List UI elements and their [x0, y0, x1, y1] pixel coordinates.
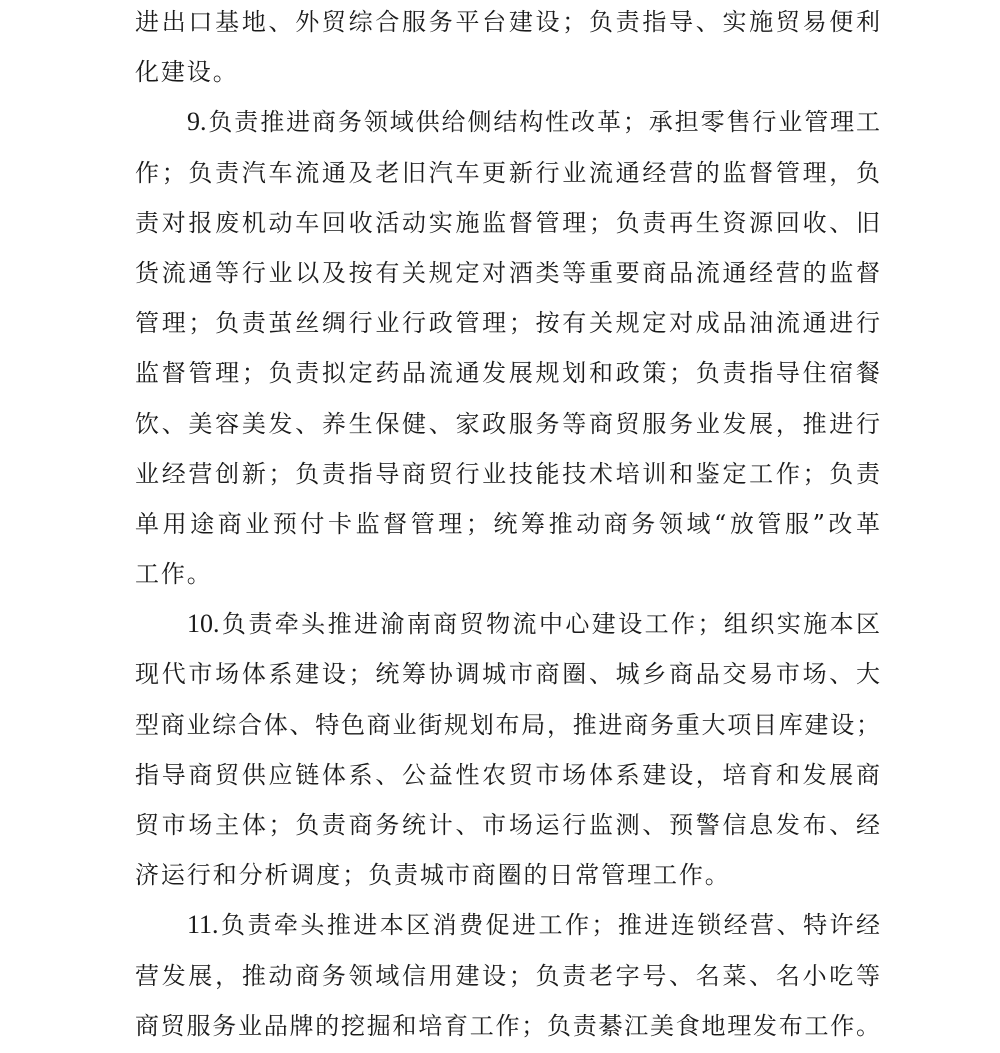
text-line: 进出口基地、外贸综合服务平台建设；负责指导、实施贸易便利 [135, 0, 880, 47]
text-line: 业经营创新；负责指导商贸行业技能技术培训和鉴定工作；负责 [135, 449, 880, 499]
text-run: 负责牵头推进本区消费促进工作；推进连锁经营、特许经 [219, 911, 880, 939]
text-line: 贸市场主体；负责商务统计、市场运行监测、预警信息发布、经 [135, 800, 880, 850]
text-line: 型商业综合体、特色商业街规划布局，推进商务重大项目库建设； [135, 700, 880, 750]
document-page: 进出口基地、外贸综合服务平台建设；负责指导、实施贸易便利 化建设。 9.负责推进… [135, 0, 880, 1051]
text-run: 负责推进商务领域供给侧结构性改革；承担零售行业管理工 [207, 108, 881, 136]
item-number: 11. [187, 910, 219, 939]
text-line: 济运行和分析调度；负责城市商圈的日常管理工作。 [135, 850, 880, 900]
text-line: 商贸服务业品牌的挖掘和培育工作；负责綦江美食地理发布工作。 [135, 1001, 880, 1051]
text-line: 饮、美容美发、养生保健、家政服务等商贸服务业发展，推进行 [135, 399, 880, 449]
text-line: 现代市场体系建设；统筹协调城市商圈、城乡商品交易市场、大 [135, 649, 880, 699]
paragraph-10: 10.负责牵头推进渝南商贸物流中心建设工作；组织实施本区 现代市场体系建设；统筹… [135, 599, 880, 900]
text-line: 单用途商业预付卡监督管理；统筹推动商务领域“放管服”改革 [135, 499, 880, 549]
item-number: 9. [187, 107, 207, 136]
text-line: 10.负责牵头推进渝南商贸物流中心建设工作；组织实施本区 [135, 599, 880, 649]
paragraph-11: 11.负责牵头推进本区消费促进工作；推进连锁经营、特许经 营发展，推动商务领域信… [135, 900, 880, 1051]
text-line: 管理；负责茧丝绸行业行政管理；按有关规定对成品油流通进行 [135, 298, 880, 348]
text-line: 化建设。 [135, 47, 880, 97]
text-line: 监督管理；负责拟定药品流通发展规划和政策；负责指导住宿餐 [135, 348, 880, 398]
paragraph-8-tail: 进出口基地、外贸综合服务平台建设；负责指导、实施贸易便利 化建设。 [135, 0, 880, 97]
text-line: 营发展，推动商务领域信用建设；负责老字号、名菜、名小吃等 [135, 951, 880, 1001]
item-number: 10. [187, 609, 220, 638]
paragraph-9: 9.负责推进商务领域供给侧结构性改革；承担零售行业管理工 作；负责汽车流通及老旧… [135, 97, 880, 599]
text-run: 负责牵头推进渝南商贸物流中心建设工作；组织实施本区 [220, 610, 881, 638]
text-line: 货流通等行业以及按有关规定对酒类等重要商品流通经营的监督 [135, 248, 880, 298]
text-line: 作；负责汽车流通及老旧汽车更新行业流通经营的监督管理，负 [135, 148, 880, 198]
text-line: 指导商贸供应链体系、公益性农贸市场体系建设，培育和发展商 [135, 750, 880, 800]
text-line: 11.负责牵头推进本区消费促进工作；推进连锁经营、特许经 [135, 900, 880, 950]
text-line: 工作。 [135, 549, 880, 599]
text-line: 责对报废机动车回收活动实施监督管理；负责再生资源回收、旧 [135, 198, 880, 248]
text-line: 9.负责推进商务领域供给侧结构性改革；承担零售行业管理工 [135, 97, 880, 147]
